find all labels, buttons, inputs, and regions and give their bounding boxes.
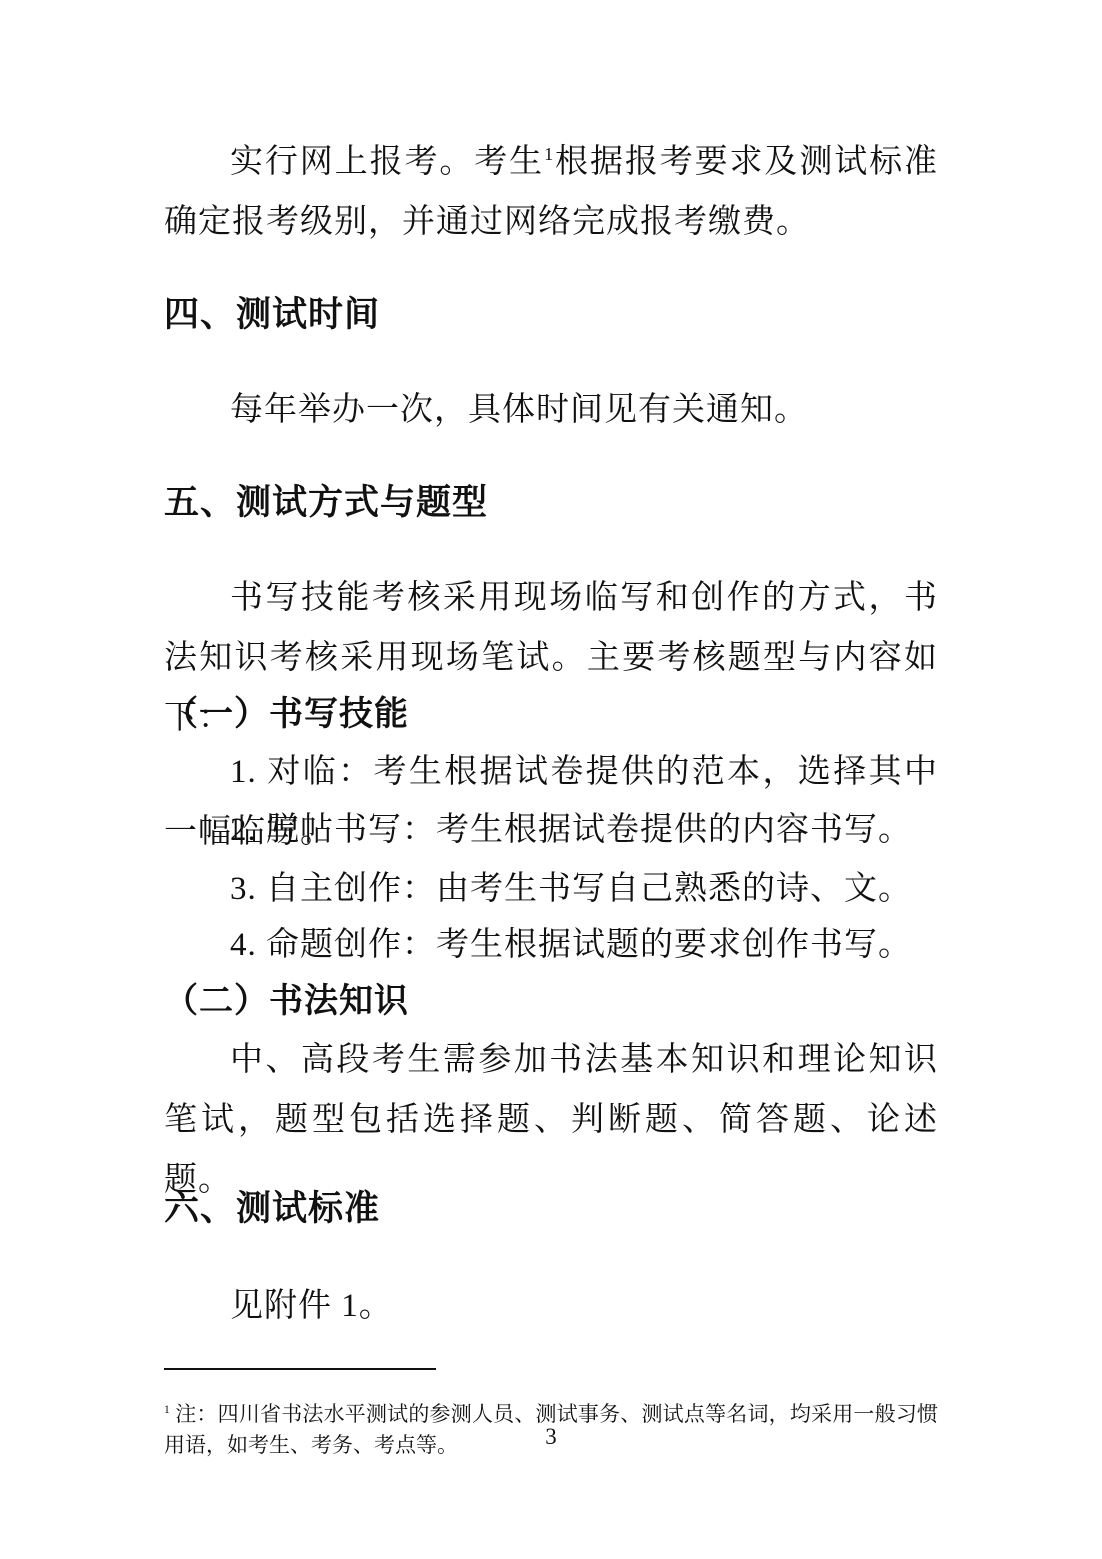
list-item-tuotie: 2. 脱帖书写：考生根据试卷提供的内容书写。 (164, 800, 938, 860)
paragraph-test-time: 每年举办一次，具体时间见有关通知。 (164, 380, 938, 440)
subheading-writing-skills: （一）书写技能 (164, 693, 938, 737)
heading-section-6-test-standard: 六、测试标准 (164, 1187, 938, 1231)
footnote-separator-line (164, 1368, 436, 1370)
footnote-marker: 1 (164, 1404, 170, 1416)
subheading-calligraphy-knowledge: （二）书法知识 (164, 980, 938, 1024)
paragraph-see-attachment: 见附件 1。 (164, 1276, 938, 1336)
page-number: 3 (0, 1422, 1102, 1452)
list-item-zizhu: 3. 自主创作：由考生书写自己熟悉的诗、文。 (164, 859, 938, 919)
heading-section-4-test-time: 四、测试时间 (164, 293, 938, 337)
paragraph-online-registration: 实行网上报考。考生1根据报考要求及测试标准确定报考级别，并通过网络完成报考缴费。 (164, 132, 938, 252)
footnote-reference-mark: 1 (544, 144, 554, 164)
paragraph-knowledge-test: 中、高段考生需参加书法基本知识和理论知识笔试，题型包括选择题、判断题、简答题、论… (164, 1030, 938, 1210)
heading-section-5-test-method: 五、测试方式与题型 (164, 481, 938, 525)
document-page: 实行网上报考。考生1根据报考要求及测试标准确定报考级别，并通过网络完成报考缴费。… (0, 0, 1102, 1559)
paragraph-online-registration-text: 实行网上报考。考生 (230, 144, 544, 180)
list-item-mingti: 4. 命题创作：考生根据试题的要求创作书写。 (164, 915, 938, 975)
